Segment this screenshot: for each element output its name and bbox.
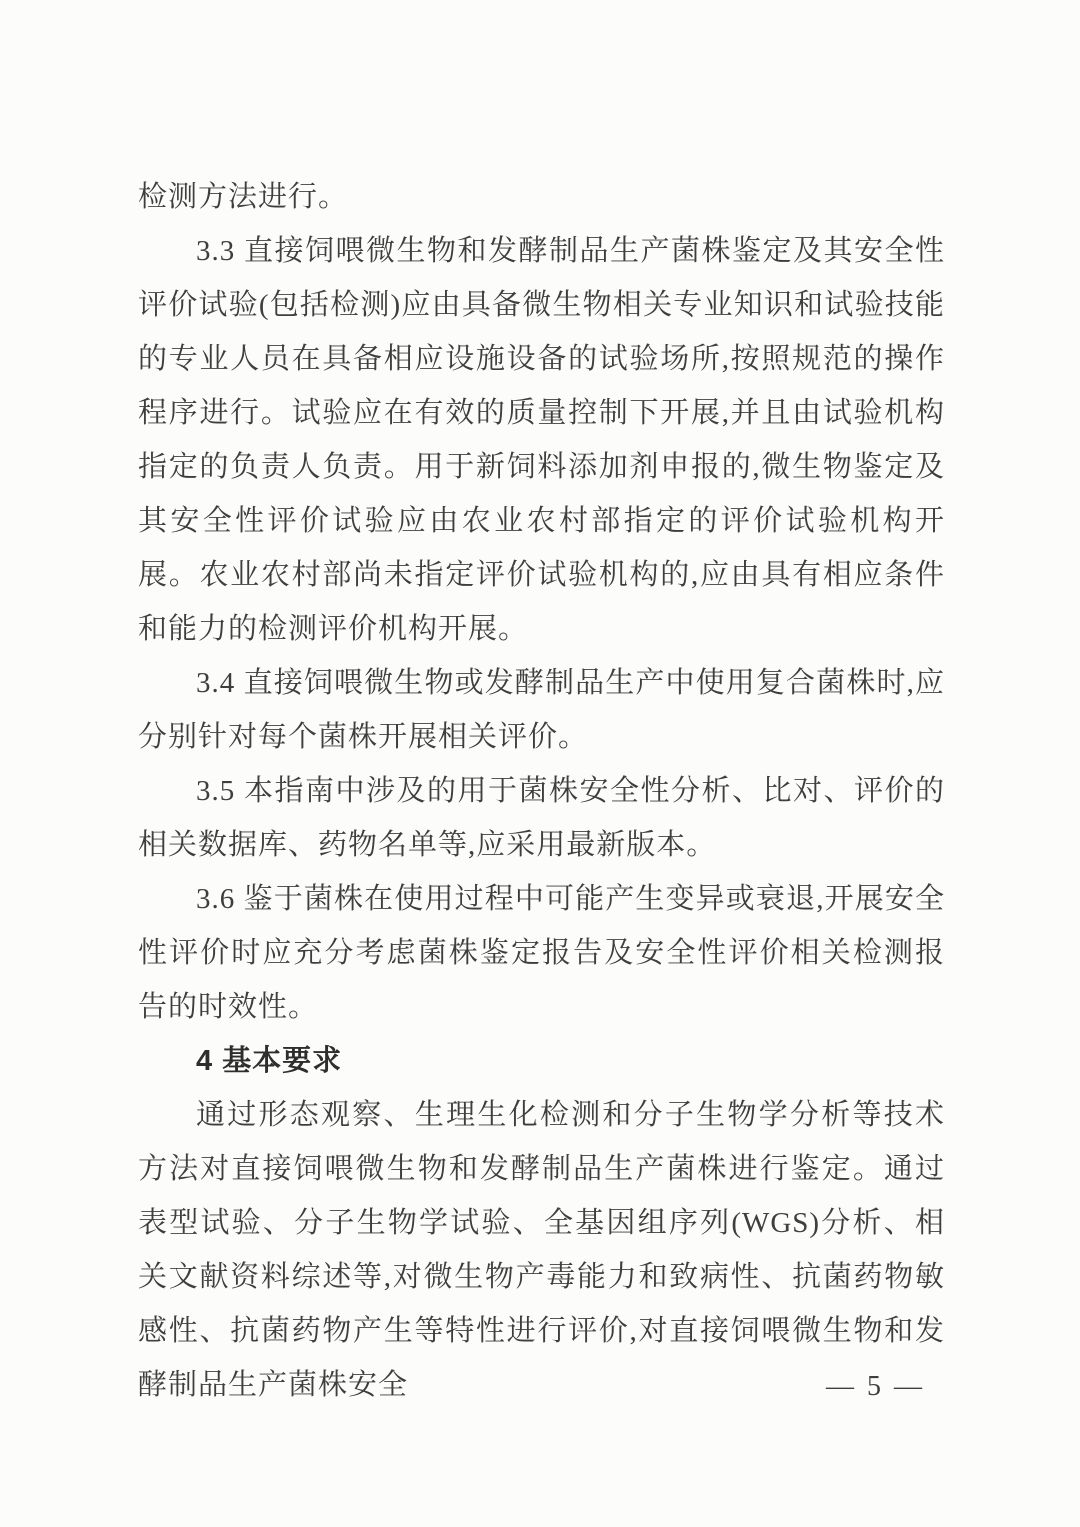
- paragraph-continuation: 检测方法进行。: [138, 170, 945, 224]
- paragraph-section-3-5: 3.5 本指南中涉及的用于菌株安全性分析、比对、评价的相关数据库、药物名单等,应…: [138, 764, 945, 872]
- document-page: 检测方法进行。 3.3 直接饲喂微生物和发酵制品生产菌株鉴定及其安全性评价试验(…: [0, 0, 1080, 1527]
- paragraph-section-3-6: 3.6 鉴于菌株在使用过程中可能产生变异或衰退,开展安全性评价时应充分考虑菌株鉴…: [138, 872, 945, 1034]
- paragraph-section-3-4: 3.4 直接饲喂微生物或发酵制品生产中使用复合菌株时,应分别针对每个菌株开展相关…: [138, 656, 945, 764]
- document-content: 检测方法进行。 3.3 直接饲喂微生物和发酵制品生产菌株鉴定及其安全性评价试验(…: [138, 170, 945, 1412]
- page-number: — 5 —: [826, 1370, 925, 1404]
- paragraph-section-3-3: 3.3 直接饲喂微生物和发酵制品生产菌株鉴定及其安全性评价试验(包括检测)应由具…: [138, 224, 945, 656]
- paragraph-section-4-intro: 通过形态观察、生理生化检测和分子生物学分析等技术方法对直接饲喂微生物和发酵制品生…: [138, 1088, 945, 1412]
- section-heading-4: 4 基本要求: [138, 1034, 945, 1088]
